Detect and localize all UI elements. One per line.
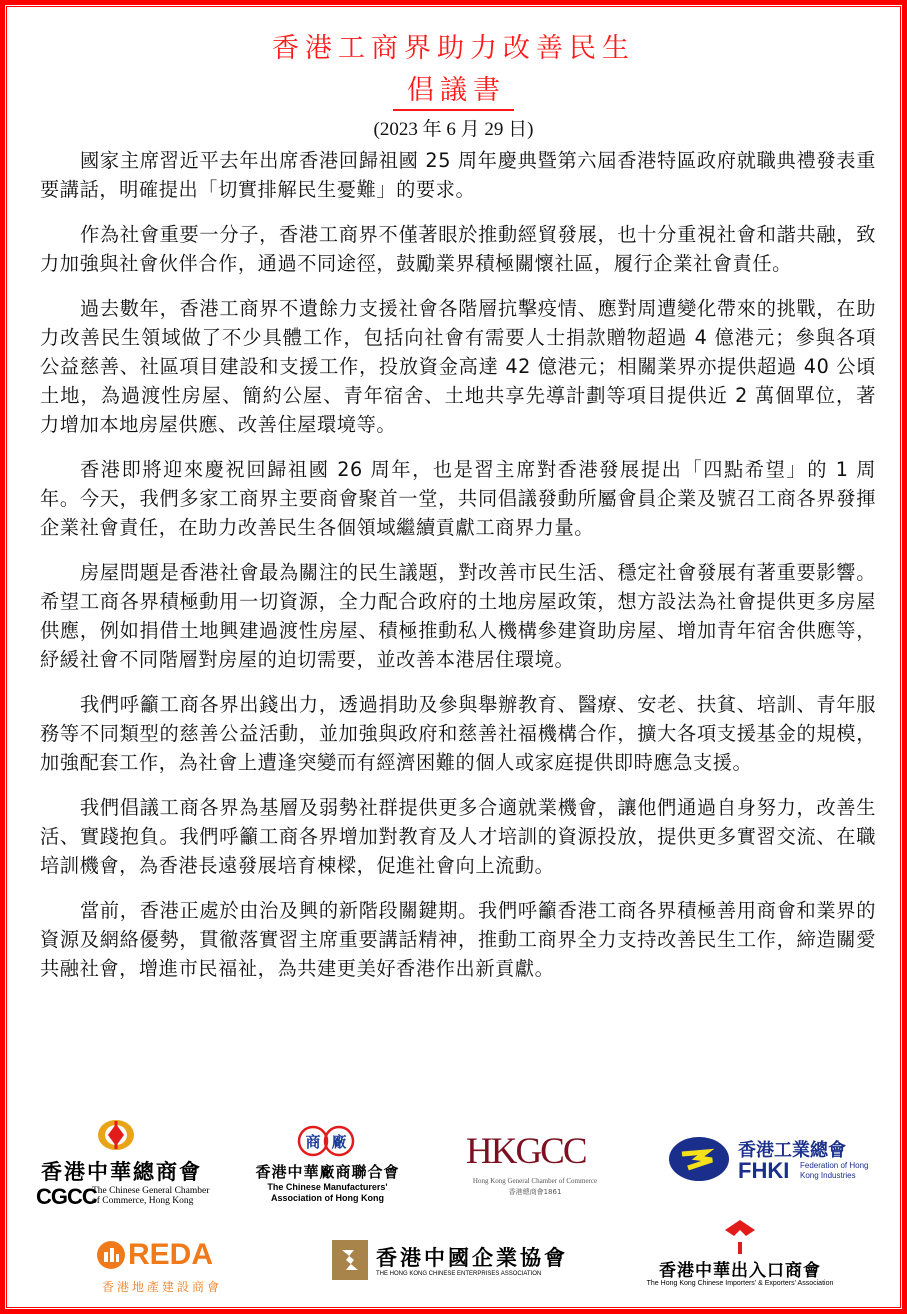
logo-hkgcc: HKGCC Hong Kong General Chamber of Comme… — [460, 1130, 610, 1210]
fhki-emblem-icon — [668, 1136, 730, 1182]
logo-reda: REDA 香港地產建設商會 — [96, 1238, 246, 1300]
paragraph: 作為社會重要一分子，香港工商界不僅著眼於推動經貿發展，也十分重視社會和諧共融，致… — [40, 220, 876, 278]
reda-emblem-icon — [96, 1240, 126, 1270]
logo-hkciea: 香港中華出入口商會 The Hong Kong Chinese Importer… — [645, 1220, 835, 1295]
hkciea-emblem-icon — [725, 1220, 755, 1254]
document-body: 國家主席習近平去年出席香港回歸祖國 25 周年慶典暨第六屆香港特區政府就職典禮發… — [40, 146, 876, 999]
paragraph: 香港即將迎來慶祝回歸祖國 26 周年，也是習主席對香港發展提出「四點希望」的 1… — [40, 455, 876, 542]
paragraph: 當前，香港正處於由治及興的新階段關鍵期。我們呼籲香港工商各界積極善用商會和業界的… — [40, 896, 876, 983]
paragraph: 房屋問題是香港社會最為關注的民生議題，對改善市民生活、穩定社會發展有著重要影響。… — [40, 558, 876, 674]
document-date: (2023 年 6 月 29 日) — [0, 114, 907, 141]
logo-hkcea: 香港中國企業協會 THE HONG KONG CHINESE ENTERPRIS… — [332, 1240, 582, 1290]
paragraph: 過去數年，香港工商界不遺餘力支援社會各階層抗擊疫情、應對周遭變化帶來的挑戰，在助… — [40, 294, 876, 439]
paragraph: 國家主席習近平去年出席香港回歸祖國 25 周年慶典暨第六屆香港特區政府就職典禮發… — [40, 146, 876, 204]
hkcea-emblem-icon — [332, 1240, 368, 1280]
document-subtitle: 倡議書 — [393, 68, 514, 111]
logo-cma: 商 廠 香港中華廠商聯合會 The Chinese Manufacturers'… — [240, 1125, 415, 1215]
svg-text:商: 商 — [305, 1133, 320, 1151]
cgcc-emblem-icon — [96, 1118, 136, 1152]
logo-cgcc: 香港中華總商會 CGCC The Chinese General Chamber… — [34, 1118, 209, 1214]
cma-badge-icon: 商 廠 — [295, 1125, 359, 1157]
svg-text:廠: 廠 — [331, 1133, 346, 1151]
logo-fhki: 香港工業總會 FHKI Federation of Hong Kong Indu… — [668, 1134, 888, 1194]
paragraph: 我們倡議工商各界為基層及弱勢社群提供更多合適就業機會，讓他們通過自身努力，改善生… — [40, 793, 876, 880]
paragraph: 我們呼籲工商各界出錢出力，透過捐助及參與舉辦教育、醫療、安老、扶貧、培訓、青年服… — [40, 690, 876, 777]
document-title: 香港工商界助力改善民生 — [0, 26, 907, 65]
